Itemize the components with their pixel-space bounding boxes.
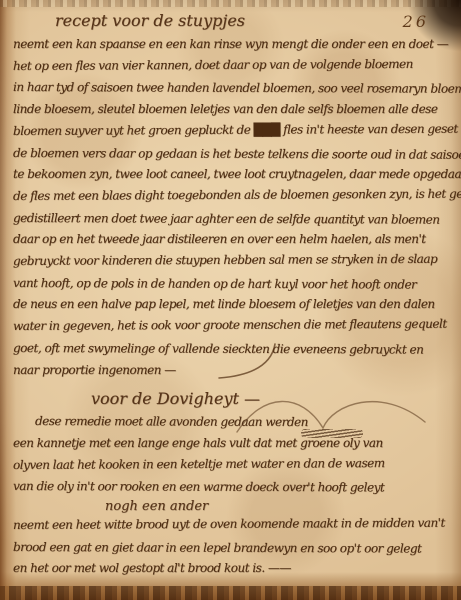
- section-title-stuypjes: recept voor de stuypjes: [55, 7, 455, 34]
- manuscript-line: het op een fles van vier kannen, doet da…: [13, 53, 455, 77]
- manuscript-line: naar proportie ingenomen —: [13, 360, 455, 382]
- manuscript-line: van die oly in't oor rooken en een warme…: [13, 476, 455, 499]
- manuscript-line: de bloemen vers daar op gedaan is het be…: [13, 143, 455, 166]
- manuscript-line: neemt een heet witte brood uyt de oven k…: [13, 513, 455, 537]
- manuscript-line: olyven laat het kooken in een keteltje m…: [13, 452, 455, 476]
- manuscript-line: de neus en een halve pap lepel, met lind…: [13, 294, 455, 316]
- page-top-edge: [0, 0, 461, 7]
- page-bottom-edge: [0, 586, 461, 600]
- manuscript-line: dese remedie moet alle avonden gedaan we…: [35, 411, 455, 434]
- manuscript-line: gedistilleert men doet twee jaar aghter …: [13, 208, 455, 231]
- manuscript-line: te bekoomen zyn, twee loot caneel, twee …: [13, 164, 455, 186]
- manuscript-line: bloemen suyver uyt het groen gepluckt de…: [13, 118, 455, 142]
- manuscript-line: neemt een kan spaanse en een kan rinse w…: [13, 34, 455, 56]
- manuscript-line: linde bloesem, sleutel bloemen leletjes …: [13, 99, 455, 121]
- manuscript-line: vant hooft, op de pols in de handen op d…: [13, 273, 455, 296]
- manuscript-line: in haar tyd of saisoen twee handen laven…: [13, 77, 455, 100]
- manuscript-page: 26 recept voor de stuypjes neemt een kan…: [0, 0, 461, 600]
- manuscript-text: recept voor de stuypjes neemt een kan sp…: [13, 7, 455, 580]
- manuscript-line: en het oor met wol gestopt al't brood ko…: [13, 558, 455, 580]
- manuscript-line: daar op en het tweede jaar distileeren e…: [13, 229, 455, 251]
- manuscript-line: brood een gat en giet daar in een lepel …: [13, 537, 455, 560]
- manuscript-line: gebruyckt voor kinderen die stuypen hebb…: [13, 249, 455, 273]
- manuscript-line: een kannetje met een lange enge hals vul…: [13, 433, 455, 455]
- manuscript-line: goet, oft met swymelinge of vallende sie…: [13, 338, 455, 361]
- section-title-dovigheyt: voor de Dovigheyt —: [91, 387, 455, 411]
- manuscript-line: water in gegeven, het is ook voor groote…: [13, 314, 455, 338]
- ink-scribble: [301, 429, 363, 438]
- manuscript-line: de fles met een blaes dight toegebonden …: [13, 184, 455, 208]
